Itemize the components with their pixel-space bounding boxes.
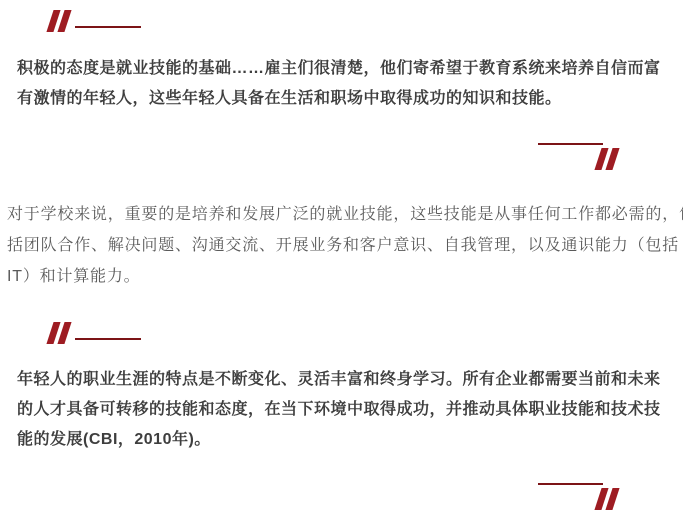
close-quote-icon <box>598 148 616 170</box>
pull-quote-paragraph-2: 对于学校来说，重要的是培养和发展广泛的就业技能，这些技能是从事任何工作都必需的，… <box>7 199 683 292</box>
quote-text-line: IT）和计算能力。 <box>7 261 683 292</box>
quote-bar <box>57 322 71 344</box>
quote-rule-line <box>538 143 603 145</box>
quote-rule-line <box>75 338 141 340</box>
quote-bar <box>605 148 619 170</box>
opening-quote-decoration-1 <box>48 10 148 42</box>
close-quote-icon <box>598 488 616 510</box>
open-quote-icon <box>50 322 68 344</box>
closing-quote-decoration-1 <box>537 141 637 173</box>
quote-text-line: 对于学校来说，重要的是培养和发展广泛的就业技能，这些技能是从事任何工作都必需的，… <box>7 199 683 230</box>
article-page: 积极的态度是就业技能的基础……雇主们很清楚，他们寄希望于教育系统来培养自信而富 … <box>0 0 683 515</box>
closing-quote-decoration-2 <box>537 481 637 513</box>
quote-bar <box>605 488 619 510</box>
quote-text-line: 有激情的年轻人，这些年轻人具备在生活和职场中取得成功的知识和技能。 <box>17 84 661 114</box>
open-quote-icon <box>50 10 68 32</box>
quote-text-line: 括团队合作、解决问题、沟通交流、开展业务和客户意识、自我管理，以及通识能力（包括 <box>7 230 683 261</box>
quote-text-line: 的人才具备可转移的技能和态度，在当下环境中取得成功，并推动具体职业技能和技术技 <box>17 395 661 425</box>
pull-quote-paragraph-1: 积极的态度是就业技能的基础……雇主们很清楚，他们寄希望于教育系统来培养自信而富 … <box>17 54 661 114</box>
quote-text-line: 能的发展(CBI，2010年)。 <box>17 425 661 455</box>
quote-text-line: 年轻人的职业生涯的特点是不断变化、灵活丰富和终身学习。所有企业都需要当前和未来 <box>17 365 661 395</box>
quote-rule-line <box>538 483 603 485</box>
quote-text-line: 积极的态度是就业技能的基础……雇主们很清楚，他们寄希望于教育系统来培养自信而富 <box>17 54 661 84</box>
opening-quote-decoration-2 <box>48 322 148 354</box>
quote-rule-line <box>75 26 141 28</box>
quote-bar <box>57 10 71 32</box>
pull-quote-paragraph-3: 年轻人的职业生涯的特点是不断变化、灵活丰富和终身学习。所有企业都需要当前和未来 … <box>17 365 661 455</box>
